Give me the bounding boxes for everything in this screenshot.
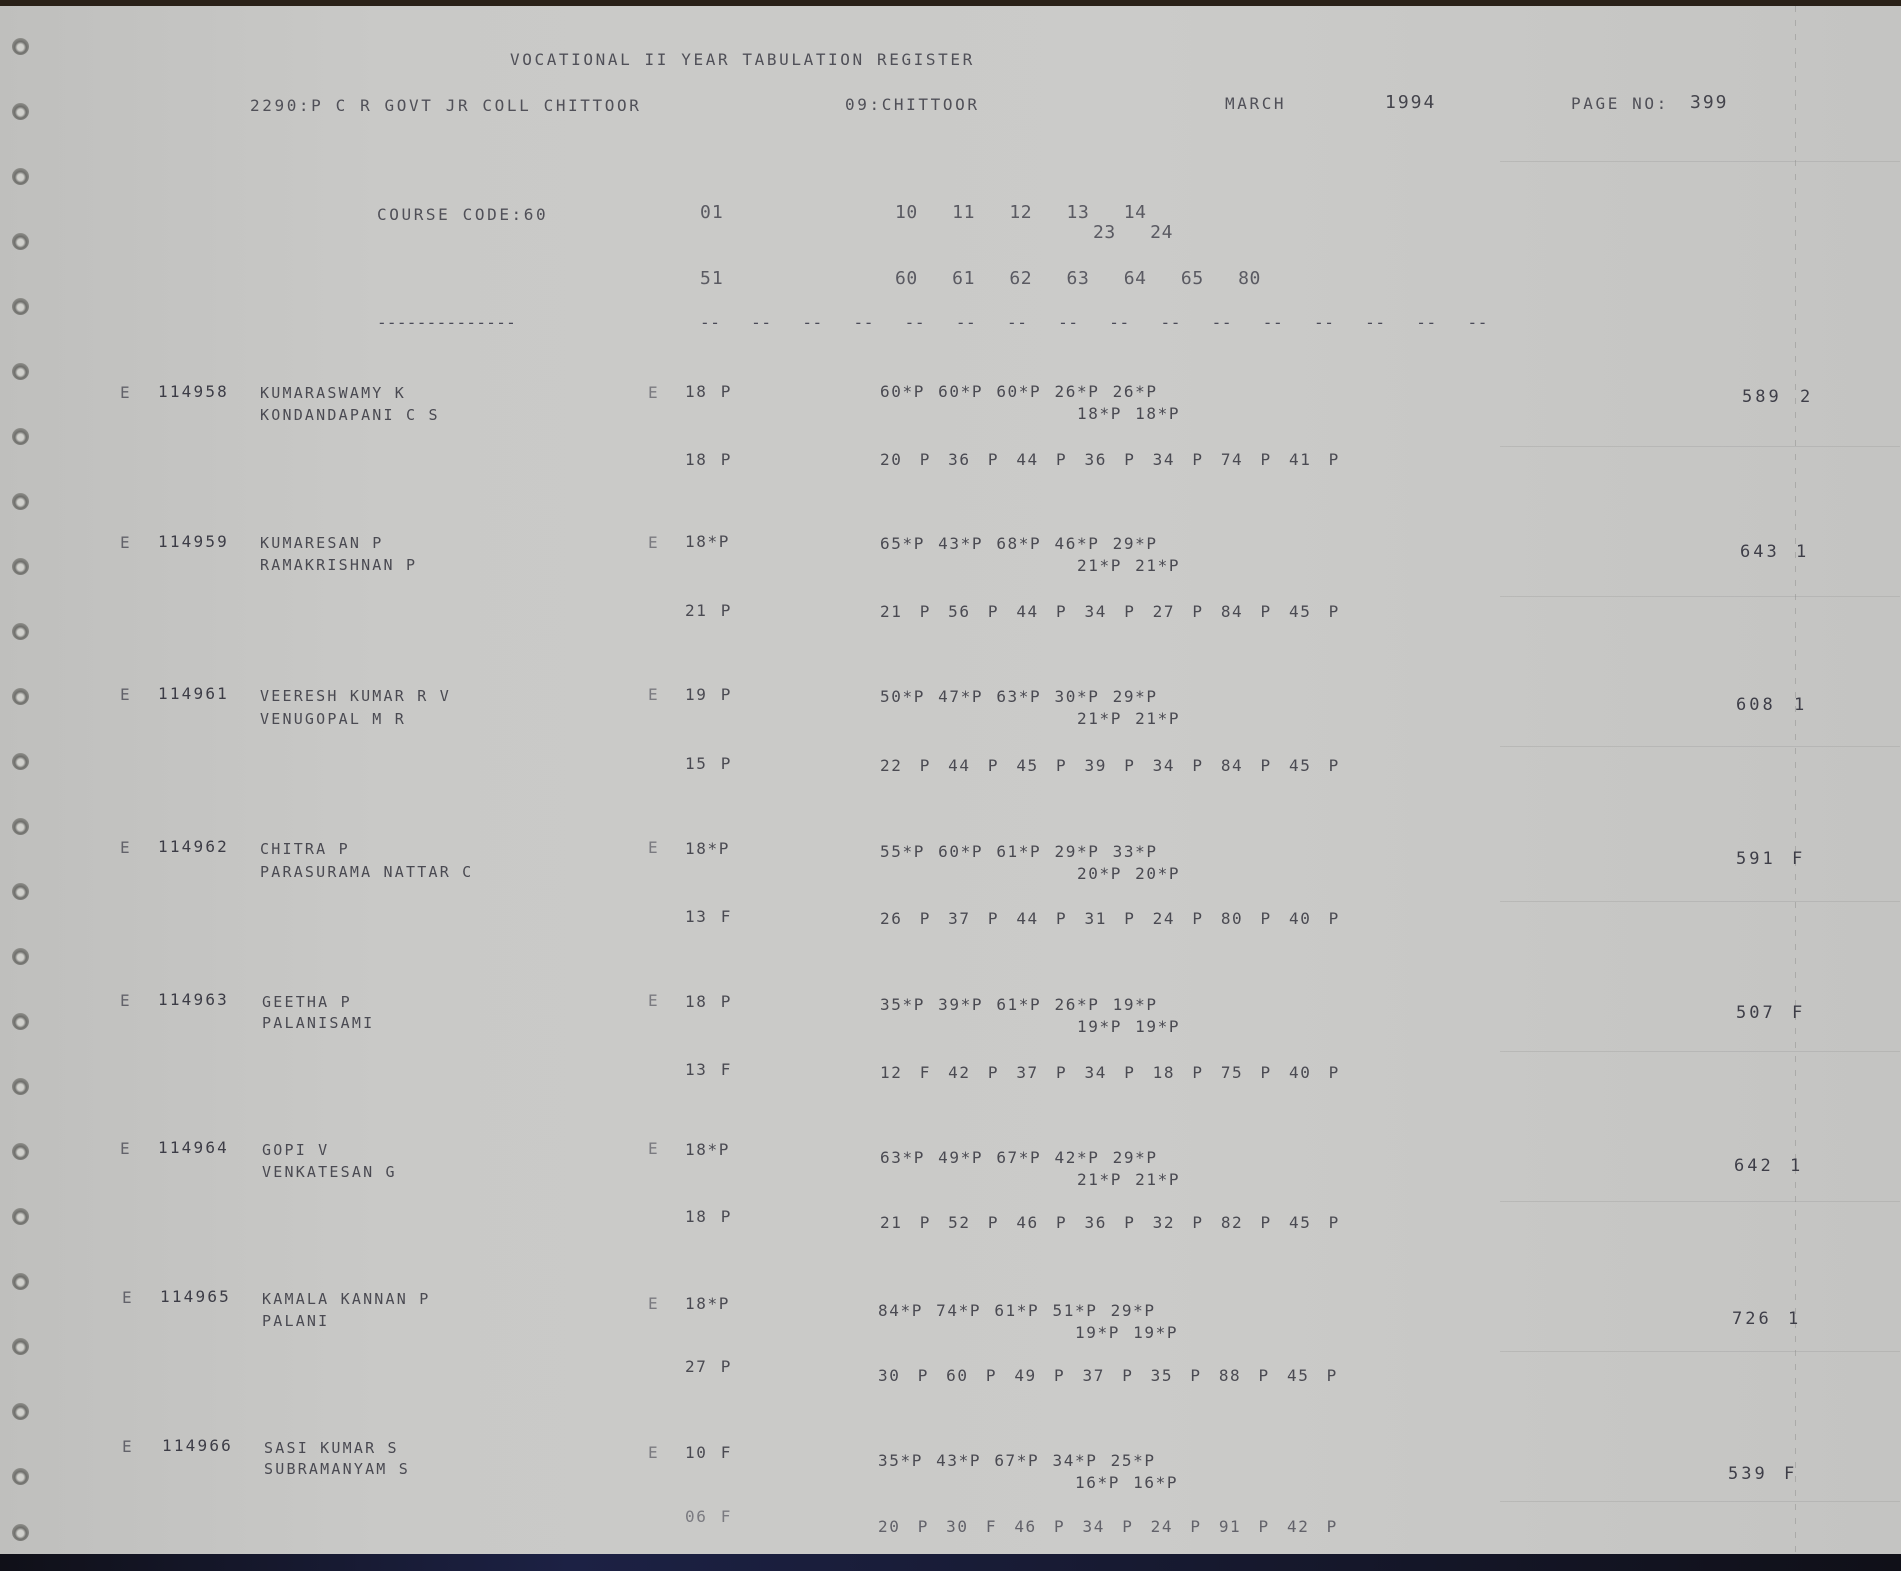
sprocket-hole-icon xyxy=(12,883,29,900)
part1-year1: 18*P xyxy=(685,1295,730,1313)
record-flag: E xyxy=(120,992,132,1010)
marks-year1-sub: 21*P 21*P xyxy=(1077,557,1180,575)
parent-name: SUBRAMANYAM S xyxy=(264,1460,410,1478)
part1-year2: 27 P xyxy=(685,1358,732,1376)
column-code: 01 xyxy=(700,204,724,222)
parent-name: RAMAKRISHNAN P xyxy=(260,556,417,574)
sprocket-hole-icon xyxy=(12,1143,29,1160)
total-marks: 507 xyxy=(1736,1004,1776,1022)
guide-line xyxy=(1500,596,1900,597)
total-marks: 642 xyxy=(1734,1157,1774,1175)
marks-year1-sub: 21*P 21*P xyxy=(1077,1171,1180,1189)
college-name: 2290:P C R GOVT JR COLL CHITTOOR xyxy=(250,97,641,115)
part1-year1: 18*P xyxy=(685,840,730,858)
marks-year1: 35*P 39*P 61*P 26*P 19*P xyxy=(880,996,1158,1014)
sprocket-hole-icon xyxy=(12,363,29,380)
sprocket-hole-icon xyxy=(12,233,29,250)
medium: E xyxy=(648,992,660,1010)
part1-year1: 10 F xyxy=(685,1444,732,1462)
record-flag: E xyxy=(120,839,132,857)
marks-year2: 20 P 30 F 46 P 34 P 24 P 91 P 42 P xyxy=(878,1518,1338,1536)
sprocket-hole-icon xyxy=(12,753,29,770)
result-class: 1 xyxy=(1790,1157,1803,1175)
sprocket-hole-icon xyxy=(12,428,29,445)
roll-number: 114966 xyxy=(162,1437,233,1455)
part1-year1: 18 P xyxy=(685,993,732,1011)
result-class: F xyxy=(1784,1465,1797,1483)
part1-year2: 18 P xyxy=(685,1208,732,1226)
guide-line xyxy=(1500,1351,1900,1352)
roll-number: 114964 xyxy=(158,1139,229,1157)
total-marks: 726 xyxy=(1732,1310,1772,1328)
roll-number: 114959 xyxy=(158,533,229,551)
roll-number: 114958 xyxy=(158,383,229,401)
sprocket-hole-icon xyxy=(12,168,29,185)
marks-year2: 21 P 56 P 44 P 34 P 27 P 84 P 45 P xyxy=(880,603,1340,621)
marks-year1-sub: 19*P 19*P xyxy=(1077,1018,1180,1036)
roll-number: 114965 xyxy=(160,1288,231,1306)
page-number-label: PAGE NO: xyxy=(1571,95,1669,113)
roll-number: 114963 xyxy=(158,991,229,1009)
exam-month: MARCH xyxy=(1225,95,1286,113)
column-code: 51 xyxy=(700,270,724,288)
column-codes-sub: 23 24 xyxy=(1093,224,1173,242)
part1-year2: 13 F xyxy=(685,908,732,926)
result-class: F xyxy=(1792,1004,1805,1022)
sprocket-hole-icon xyxy=(12,1338,29,1355)
district-name: 09:CHITTOOR xyxy=(845,96,980,114)
medium: E xyxy=(648,839,660,857)
column-codes-row1: 10 11 12 13 14 xyxy=(895,204,1147,222)
parent-name: PARASURAMA NATTAR C xyxy=(260,863,473,881)
medium: E xyxy=(648,1140,660,1158)
sprocket-hole-icon xyxy=(12,1524,29,1541)
marks-year1-sub: 16*P 16*P xyxy=(1075,1474,1178,1492)
background-surface xyxy=(0,1554,1901,1571)
exam-year: 1994 xyxy=(1385,94,1436,112)
guide-line xyxy=(1500,161,1900,162)
student-name: VEERESH KUMAR R V xyxy=(260,687,451,705)
part1-year1: 19 P xyxy=(685,686,732,704)
marks-year1: 35*P 43*P 67*P 34*P 25*P xyxy=(878,1452,1156,1470)
part1-year2: 18 P xyxy=(685,451,732,469)
marks-year1-sub: 21*P 21*P xyxy=(1077,710,1180,728)
page-number: 399 xyxy=(1690,94,1729,112)
sprocket-hole-icon xyxy=(12,818,29,835)
sprocket-hole-icon xyxy=(12,493,29,510)
result-class: F xyxy=(1792,850,1805,868)
medium: E xyxy=(648,1444,660,1462)
guide-line xyxy=(1500,901,1900,902)
student-name: KAMALA KANNAN P xyxy=(262,1290,430,1308)
record-flag: E xyxy=(120,686,132,704)
marks-year1: 55*P 60*P 61*P 29*P 33*P xyxy=(880,843,1158,861)
parent-name: PALANISAMI xyxy=(262,1014,374,1032)
sprocket-hole-icon xyxy=(12,558,29,575)
record-flag: E xyxy=(120,1140,132,1158)
marks-year1: 65*P 43*P 68*P 46*P 29*P xyxy=(880,535,1158,553)
roll-number: 114961 xyxy=(158,685,229,703)
total-marks: 589 xyxy=(1742,388,1782,406)
student-name: KUMARASWAMY K xyxy=(260,384,406,402)
marks-year2: 12 F 42 P 37 P 34 P 18 P 75 P 40 P xyxy=(880,1064,1340,1082)
part1-year2: 06 F xyxy=(685,1508,732,1526)
part1-year2: 21 P xyxy=(685,602,732,620)
part1-year2: 13 F xyxy=(685,1061,732,1079)
column-rules: -- -- -- -- -- -- -- -- -- -- -- -- -- -… xyxy=(700,314,1488,332)
sprocket-hole-icon xyxy=(12,298,29,315)
student-name: CHITRA P xyxy=(260,840,350,858)
marks-year2: 22 P 44 P 45 P 39 P 34 P 84 P 45 P xyxy=(880,757,1340,775)
marks-year2: 20 P 36 P 44 P 36 P 34 P 74 P 41 P xyxy=(880,451,1340,469)
part1-year1: 18 P xyxy=(685,383,732,401)
part1-year1: 18*P xyxy=(685,533,730,551)
medium: E xyxy=(648,1295,660,1313)
column-codes-row2: 60 61 62 63 64 65 80 xyxy=(895,270,1261,288)
medium: E xyxy=(648,534,660,552)
marks-year1: 50*P 47*P 63*P 30*P 29*P xyxy=(880,688,1158,706)
total-marks: 539 xyxy=(1728,1465,1768,1483)
student-name: KUMARESAN P xyxy=(260,534,384,552)
sprocket-hole-icon xyxy=(12,103,29,120)
sprocket-hole-icon xyxy=(12,38,29,55)
sprocket-hole-icon xyxy=(12,1403,29,1420)
result-class: 1 xyxy=(1788,1310,1801,1328)
total-marks: 591 xyxy=(1736,850,1776,868)
medium: E xyxy=(648,686,660,704)
report-title: VOCATIONAL II YEAR TABULATION REGISTER xyxy=(510,51,975,69)
result-class: 1 xyxy=(1794,696,1807,714)
marks-year2: 21 P 52 P 46 P 36 P 32 P 82 P 45 P xyxy=(880,1214,1340,1232)
student-name: SASI KUMAR S xyxy=(264,1439,399,1457)
guide-line xyxy=(1500,446,1900,447)
record-flag: E xyxy=(120,534,132,552)
parent-name: PALANI xyxy=(262,1312,329,1330)
total-marks: 608 xyxy=(1736,696,1776,714)
marks-year2: 26 P 37 P 44 P 31 P 24 P 80 P 40 P xyxy=(880,910,1340,928)
sprocket-hole-icon xyxy=(12,1468,29,1485)
sprocket-hole-icon xyxy=(12,1078,29,1095)
guide-line xyxy=(1500,1501,1900,1502)
marks-year1: 84*P 74*P 61*P 51*P 29*P xyxy=(878,1302,1156,1320)
medium: E xyxy=(648,384,660,402)
record-flag: E xyxy=(122,1438,134,1456)
sprocket-hole-icon xyxy=(12,1273,29,1290)
guide-line xyxy=(1500,1051,1900,1052)
marks-year1-sub: 18*P 18*P xyxy=(1077,405,1180,423)
marks-year1: 63*P 49*P 67*P 42*P 29*P xyxy=(880,1149,1158,1167)
guide-line xyxy=(1500,1201,1900,1202)
parent-name: VENUGOPAL M R xyxy=(260,710,406,728)
sprocket-hole-icon xyxy=(12,623,29,640)
name-rule: -------------- xyxy=(377,314,516,332)
course-code: COURSE CODE:60 xyxy=(377,206,548,224)
sprocket-hole-icon xyxy=(12,1208,29,1225)
student-name: GOPI V xyxy=(262,1141,329,1159)
sprocket-hole-icon xyxy=(12,1013,29,1030)
record-flag: E xyxy=(122,1289,134,1307)
guide-line xyxy=(1500,746,1900,747)
marks-year1-sub: 20*P 20*P xyxy=(1077,865,1180,883)
printout-page: VOCATIONAL II YEAR TABULATION REGISTER 2… xyxy=(0,6,1901,1556)
part1-year2: 15 P xyxy=(685,755,732,773)
parent-name: VENKATESAN G xyxy=(262,1163,397,1181)
result-class: 2 xyxy=(1800,388,1813,406)
roll-number: 114962 xyxy=(158,838,229,856)
record-flag: E xyxy=(120,384,132,402)
part1-year1: 18*P xyxy=(685,1141,730,1159)
sprocket-hole-icon xyxy=(12,688,29,705)
marks-year2: 30 P 60 P 49 P 37 P 35 P 88 P 45 P xyxy=(878,1367,1338,1385)
sprocket-hole-icon xyxy=(12,948,29,965)
total-marks: 643 xyxy=(1740,543,1780,561)
result-class: 1 xyxy=(1796,543,1809,561)
marks-year1-sub: 19*P 19*P xyxy=(1075,1324,1178,1342)
parent-name: KONDANDAPANI C S xyxy=(260,406,440,424)
marks-year1: 60*P 60*P 60*P 26*P 26*P xyxy=(880,383,1158,401)
student-name: GEETHA P xyxy=(262,993,352,1011)
